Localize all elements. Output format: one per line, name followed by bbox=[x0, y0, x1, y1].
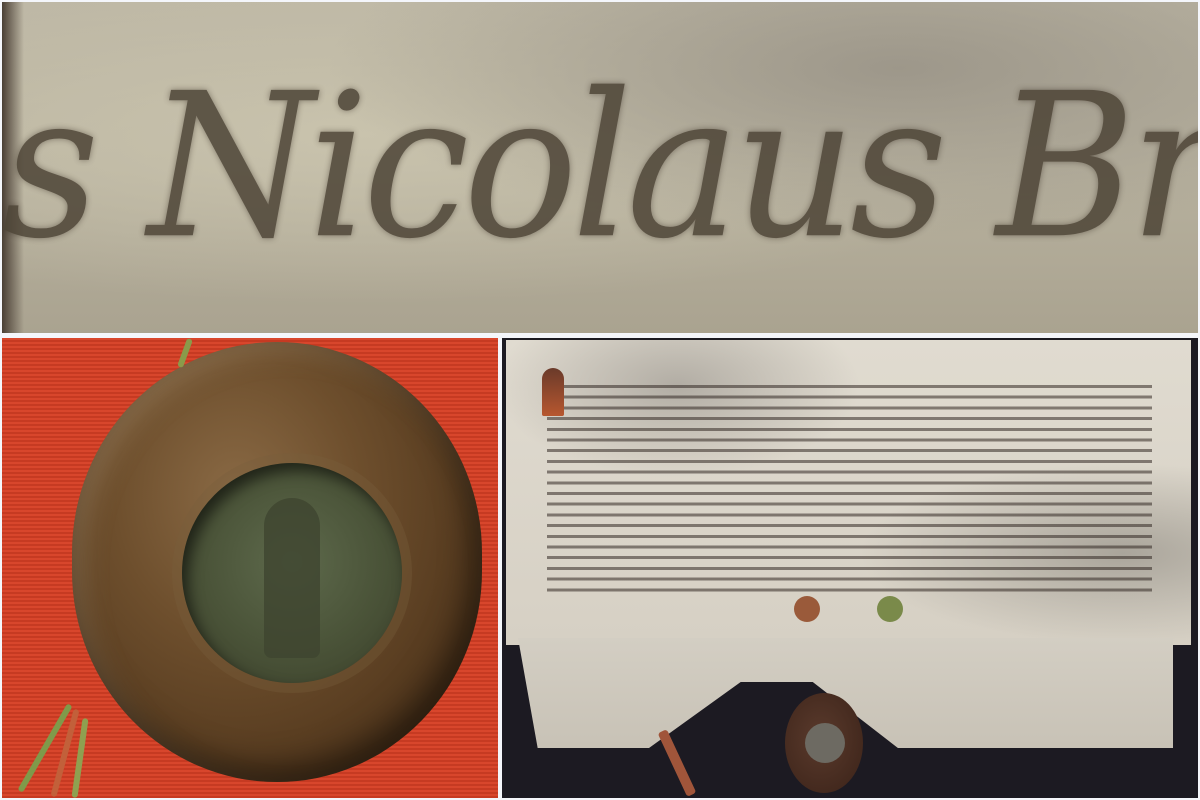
seal-cord bbox=[658, 729, 697, 797]
illuminated-initial bbox=[542, 368, 564, 416]
seal-figure bbox=[264, 498, 320, 658]
handwritten-signature: s Nicolaus Brukh d bbox=[2, 67, 1198, 267]
charter-text bbox=[547, 380, 1152, 595]
pendant-seal-impression bbox=[805, 723, 845, 763]
seal-tie bbox=[877, 596, 903, 622]
charter-panel bbox=[502, 338, 1198, 798]
wax-seal-panel bbox=[2, 338, 498, 798]
seal-tie bbox=[794, 596, 820, 622]
signature-closeup-panel: s Nicolaus Brukh d bbox=[2, 2, 1198, 333]
